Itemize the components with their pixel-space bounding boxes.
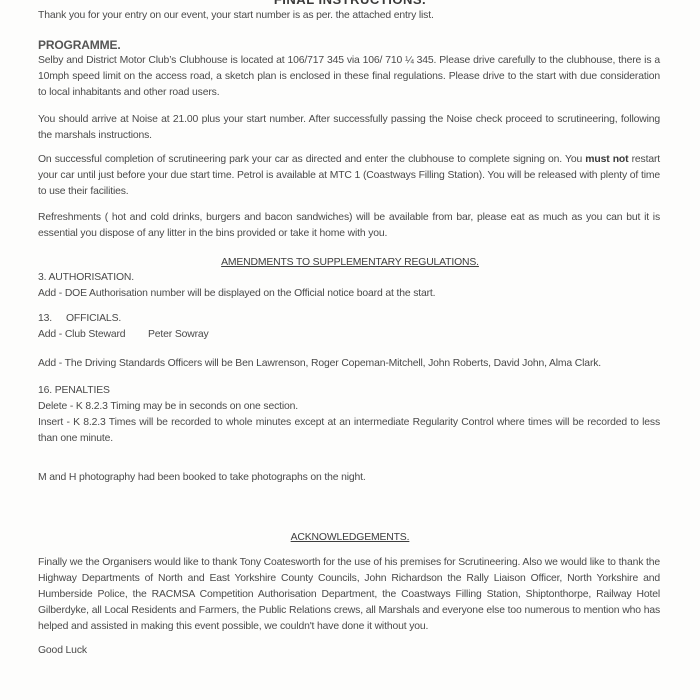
section-3-text: Add - DOE Authorisation number will be d… xyxy=(38,286,435,302)
section-16-insert: Insert - K 8.2.3 Times will be recorded … xyxy=(38,415,660,447)
document-page: FINAL INSTRUCTIONS. Thank you for your e… xyxy=(0,0,700,700)
section-13-title: 13.OFFICIALS. xyxy=(38,311,121,327)
document-title: FINAL INSTRUCTIONS. xyxy=(0,0,700,7)
programme-paragraph-location: Selby and District Motor Club’s Clubhous… xyxy=(38,53,660,101)
programme-paragraph-refreshments: Refreshments ( hot and cold drinks, burg… xyxy=(38,210,660,242)
acknowledgements-text: Finally we the Organisers would like to … xyxy=(38,555,660,635)
steward-name: Peter Sowray xyxy=(148,329,209,340)
programme-heading: PROGRAMME. xyxy=(38,37,121,53)
closing-text: Good Luck xyxy=(38,643,87,659)
must-not-emphasis: must not xyxy=(585,154,628,165)
section-13-label: OFFICIALS. xyxy=(66,313,121,324)
acknowledgements-heading: ACKNOWLEDGEMENTS. xyxy=(0,530,700,546)
programme-paragraph-scrutineering: On successful completion of scrutineerin… xyxy=(38,152,660,200)
section-13-steward: Add - Club StewardPeter Sowray xyxy=(38,327,209,343)
section-16-title: 16. PENALTIES xyxy=(38,383,110,399)
intro-text: Thank you for your entry on our event, y… xyxy=(38,8,434,24)
section-16-delete: Delete - K 8.2.3 Timing may be in second… xyxy=(38,399,298,415)
section-3-title: 3. AUTHORISATION. xyxy=(38,270,134,286)
photography-note: M and H photography had been booked to t… xyxy=(38,470,366,486)
amendments-heading: AMENDMENTS TO SUPPLEMENTARY REGULATIONS. xyxy=(0,255,700,271)
section-13-number: 13. xyxy=(38,311,66,327)
programme-paragraph-arrival: You should arrive at Noise at 21.00 plus… xyxy=(38,112,660,144)
scrutineering-text-a: On successful completion of scrutineerin… xyxy=(38,154,585,165)
steward-role: Add - Club Steward xyxy=(38,327,148,343)
section-13-officers: Add - The Driving Standards Officers wil… xyxy=(38,356,601,372)
